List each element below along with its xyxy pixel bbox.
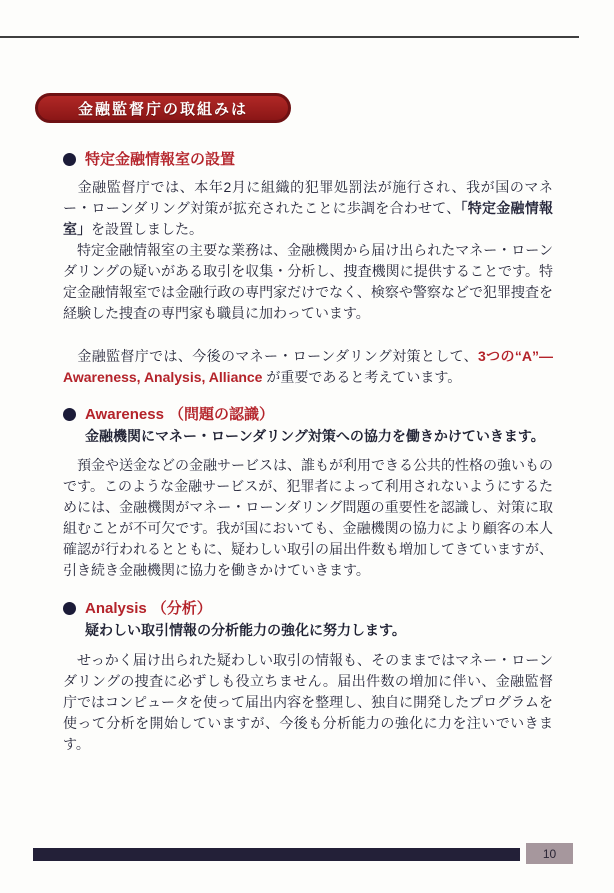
heading-title-ja: （問題の認識） [169, 406, 274, 423]
paragraph-text: を設置しました。 [91, 221, 203, 237]
heading-awareness: Awareness（問題の認識） [63, 404, 553, 425]
awareness-lead: 金融機関にマネー・ローンダリング対策への協力を働きかけていきます。 [63, 426, 553, 447]
heading-title-en: Awareness [85, 406, 164, 423]
paragraph-three-a: 金融監督庁では、今後のマネー・ローンダリング対策として、3つの“A”—Aware… [63, 346, 553, 388]
section-bullet-icon [63, 153, 76, 166]
paragraph-setup-2: 特定金融情報室の主要な業務は、金融機関から届け出られたマネー・ローンダリングの疑… [63, 240, 553, 324]
heading-title: Awareness（問題の認識） [85, 404, 274, 425]
top-rule [0, 36, 579, 38]
heading-title-ja: （分析） [152, 600, 212, 617]
analysis-lead: 疑わしい取引情報の分析能力の強化に努力します。 [63, 620, 553, 641]
section-bullet-icon [63, 602, 76, 615]
document-page: 金融監督庁の取組みは 特定金融情報室の設置 金融監督庁では、本年2月に組織的犯罪… [0, 0, 614, 893]
footer-bar [33, 848, 520, 861]
paragraph-text: が重要であると考えています。 [262, 369, 461, 385]
paragraph-text: 金融監督庁では、今後のマネー・ローンダリング対策として、 [63, 348, 478, 364]
analysis-body: せっかく届け出られた疑わしい取引の情報も、そのままではマネー・ローンダリングの捜… [63, 650, 553, 755]
three-a-words: Awareness, Analysis, Alliance [63, 369, 262, 385]
page-number: 10 [543, 847, 556, 861]
heading-analysis: Analysis（分析） [63, 598, 553, 619]
document-content: 特定金融情報室の設置 金融監督庁では、本年2月に組織的犯罪処罰法が施行され、我が… [63, 149, 553, 755]
heading-title: 特定金融情報室の設置 [85, 149, 235, 170]
section-bullet-icon [63, 408, 76, 421]
heading-title-en: Analysis [85, 600, 147, 617]
paragraph-setup-1: 金融監督庁では、本年2月に組織的犯罪処罰法が施行され、我が国のマネー・ローンダリ… [63, 177, 553, 240]
three-a-highlight: 3つの“A”— [478, 348, 553, 364]
heading-title: Analysis（分析） [85, 598, 212, 619]
section-banner: 金融監督庁の取組みは [35, 93, 291, 123]
heading-special-financial-intelligence: 特定金融情報室の設置 [63, 149, 553, 170]
page-number-box: 10 [526, 843, 573, 864]
awareness-body: 預金や送金などの金融サービスは、誰もが利用できる公共的性格の強いものです。このよ… [63, 455, 553, 581]
banner-title: 金融監督庁の取組みは [78, 98, 248, 119]
